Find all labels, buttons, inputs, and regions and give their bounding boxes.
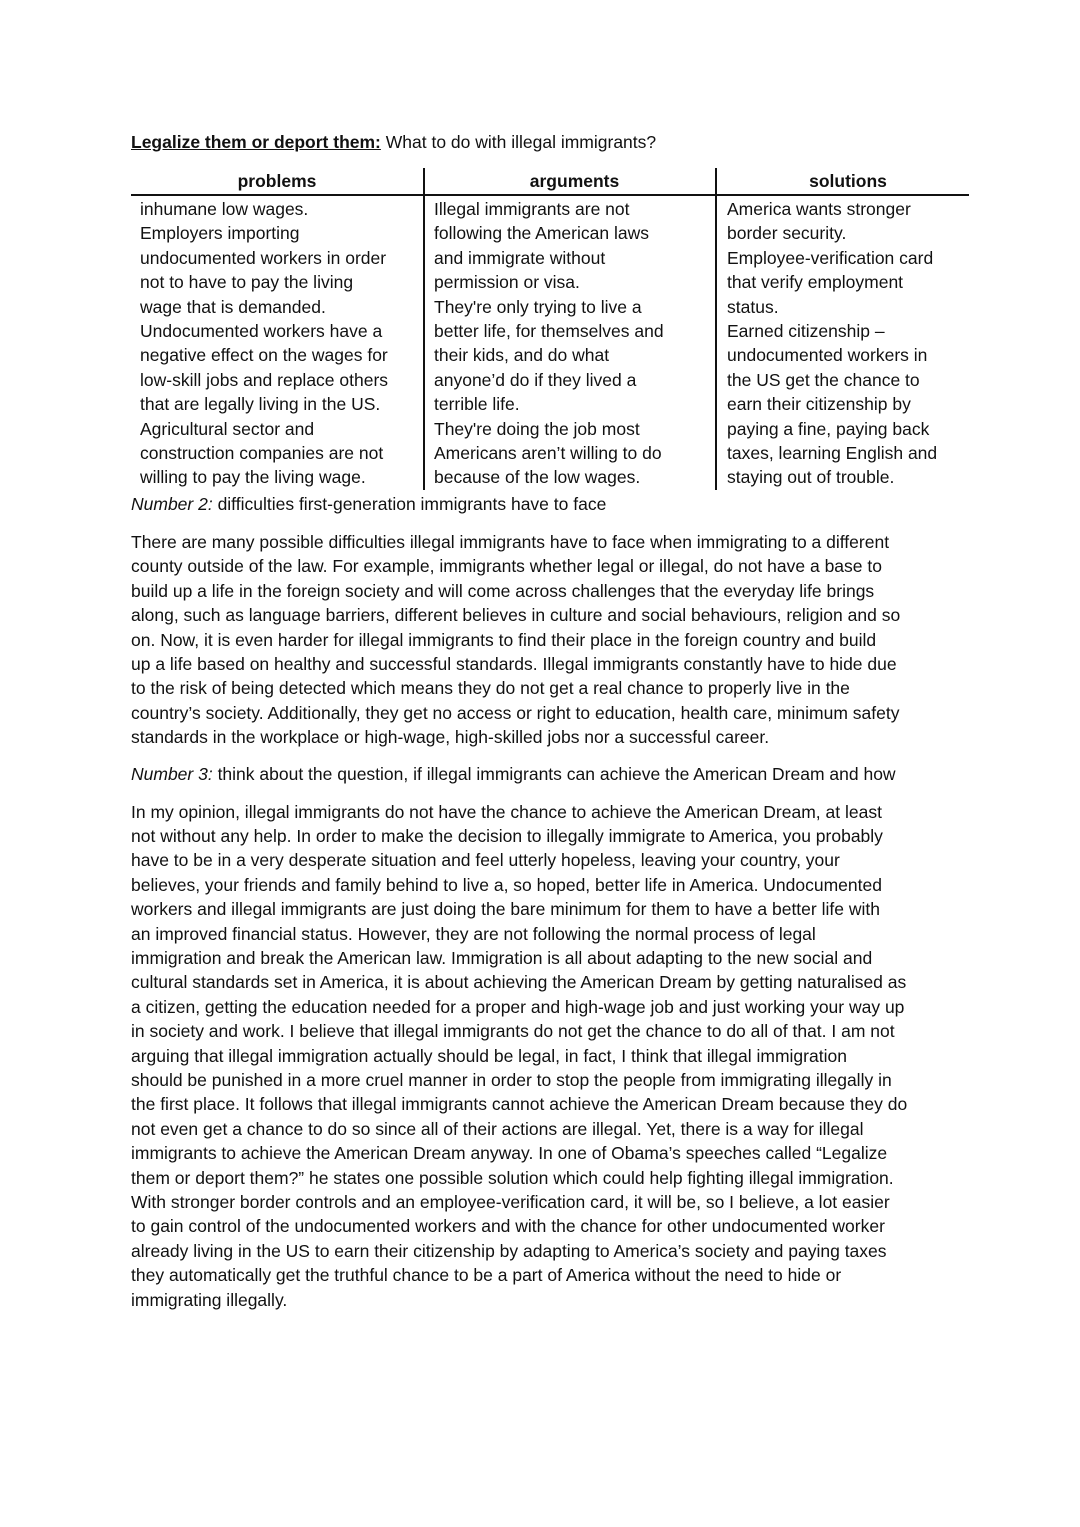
cell-line: undocumented workers in xyxy=(727,343,963,367)
paragraph-line: immigration and break the American law. … xyxy=(131,946,951,970)
cell-line: Earned citizenship – xyxy=(727,319,963,343)
paragraph-line: not even get a chance to do so since all… xyxy=(131,1117,951,1141)
cell-line: anyone’d do if they lived a xyxy=(434,368,709,392)
cell-line: earn their citizenship by xyxy=(727,392,963,416)
paragraph-line: arguing that illegal immigration actuall… xyxy=(131,1044,951,1068)
section-2-paragraph: There are many possible difficulties ill… xyxy=(131,530,951,750)
table-header-row: problems arguments solutions xyxy=(131,168,969,195)
cell-line: negative effect on the wages for xyxy=(140,343,417,367)
cell-line: and immigrate without xyxy=(434,246,709,270)
cell-line: paying a fine, paying back xyxy=(727,417,963,441)
table-row: inhumane low wages. Employers importing … xyxy=(131,195,969,490)
cell-line: willing to pay the living wage. xyxy=(140,465,417,489)
document-page: Legalize them or deport them: What to do… xyxy=(131,130,951,1312)
paragraph-line: should be punished in a more cruel manne… xyxy=(131,1068,951,1092)
cell-line: Agricultural sector and xyxy=(140,417,417,441)
cell-line: Employers importing xyxy=(140,221,417,245)
problems-cell: inhumane low wages. Employers importing … xyxy=(131,195,424,490)
section-2-heading: Number 2: difficulties first-generation … xyxy=(131,492,951,516)
cell-line: undocumented workers in order xyxy=(140,246,417,270)
cell-line: permission or visa. xyxy=(434,270,709,294)
paragraph-line: them or deport them?” he states one poss… xyxy=(131,1166,951,1190)
cell-line: They're only trying to live a xyxy=(434,295,709,319)
paragraph-line: have to be in a very desperate situation… xyxy=(131,848,951,872)
section-2-label: Number 2: xyxy=(131,494,213,514)
cell-line: status. xyxy=(727,295,963,319)
problems-arguments-solutions-table: problems arguments solutions inhumane lo… xyxy=(131,168,969,490)
paragraph-line: a citizen, getting the education needed … xyxy=(131,995,951,1019)
paragraph-line: to gain control of the undocumented work… xyxy=(131,1214,951,1238)
paragraph-line: along, such as language barriers, differ… xyxy=(131,603,951,627)
paragraph-line: county outside of the law. For example, … xyxy=(131,554,951,578)
paragraph-line: in society and work. I believe that ille… xyxy=(131,1019,951,1043)
title-question: What to do with illegal immigrants? xyxy=(381,132,656,152)
cell-line: not to have to pay the living xyxy=(140,270,417,294)
title-topic: Legalize them or deport them: xyxy=(131,132,381,152)
cell-line: that verify employment xyxy=(727,270,963,294)
cell-line: America wants stronger xyxy=(727,197,963,221)
document-title: Legalize them or deport them: What to do… xyxy=(131,130,951,154)
cell-line: Undocumented workers have a xyxy=(140,319,417,343)
cell-line: Illegal immigrants are not xyxy=(434,197,709,221)
paragraph-line: immigrants to achieve the American Dream… xyxy=(131,1141,951,1165)
cell-line: Americans aren’t willing to do xyxy=(434,441,709,465)
paragraph-line: country’s society. Additionally, they ge… xyxy=(131,701,951,725)
paragraph-line: build up a life in the foreign society a… xyxy=(131,579,951,603)
cell-line: taxes, learning English and xyxy=(727,441,963,465)
cell-line: border security. xyxy=(727,221,963,245)
header-arguments: arguments xyxy=(424,168,716,195)
section-3-heading: Number 3: think about the question, if i… xyxy=(131,762,951,786)
cell-line: low-skill jobs and replace others xyxy=(140,368,417,392)
paragraph-line: the first place. It follows that illegal… xyxy=(131,1092,951,1116)
cell-line: the US get the chance to xyxy=(727,368,963,392)
cell-line: staying out of trouble. xyxy=(727,465,963,489)
paragraph-line: standards in the workplace or high-wage,… xyxy=(131,725,951,749)
paragraph-line: up a life based on healthy and successfu… xyxy=(131,652,951,676)
arguments-cell: Illegal immigrants are not following the… xyxy=(424,195,716,490)
solutions-cell: America wants stronger border security. … xyxy=(716,195,969,490)
cell-line: that are legally living in the US. xyxy=(140,392,417,416)
paragraph-line: cultural standards set in America, it is… xyxy=(131,970,951,994)
cell-line: inhumane low wages. xyxy=(140,197,417,221)
cell-line: wage that is demanded. xyxy=(140,295,417,319)
header-solutions: solutions xyxy=(716,168,969,195)
paragraph-line: they automatically get the truthful chan… xyxy=(131,1263,951,1287)
section-3-topic: think about the question, if illegal imm… xyxy=(213,764,896,784)
cell-line: terrible life. xyxy=(434,392,709,416)
paragraph-line: There are many possible difficulties ill… xyxy=(131,530,951,554)
paragraph-line: to the risk of being detected which mean… xyxy=(131,676,951,700)
paragraph-line: not without any help. In order to make t… xyxy=(131,824,951,848)
cell-line: Employee-verification card xyxy=(727,246,963,270)
cell-line: construction companies are not xyxy=(140,441,417,465)
paragraph-line: In my opinion, illegal immigrants do not… xyxy=(131,800,951,824)
section-2-topic: difficulties first-generation immigrants… xyxy=(213,494,607,514)
paragraph-line: With stronger border controls and an emp… xyxy=(131,1190,951,1214)
header-problems: problems xyxy=(131,168,424,195)
section-3-paragraph: In my opinion, illegal immigrants do not… xyxy=(131,800,951,1313)
cell-line: They're doing the job most xyxy=(434,417,709,441)
cell-line: better life, for themselves and xyxy=(434,319,709,343)
paragraph-line: an improved financial status. However, t… xyxy=(131,922,951,946)
cell-line: their kids, and do what xyxy=(434,343,709,367)
paragraph-line: believes, your friends and family behind… xyxy=(131,873,951,897)
cell-line: because of the low wages. xyxy=(434,465,709,489)
paragraph-line: workers and illegal immigrants are just … xyxy=(131,897,951,921)
paragraph-line: immigrating illegally. xyxy=(131,1288,951,1312)
paragraph-line: already living in the US to earn their c… xyxy=(131,1239,951,1263)
cell-line: following the American laws xyxy=(434,221,709,245)
paragraph-line: on. Now, it is even harder for illegal i… xyxy=(131,628,951,652)
section-3-label: Number 3: xyxy=(131,764,213,784)
